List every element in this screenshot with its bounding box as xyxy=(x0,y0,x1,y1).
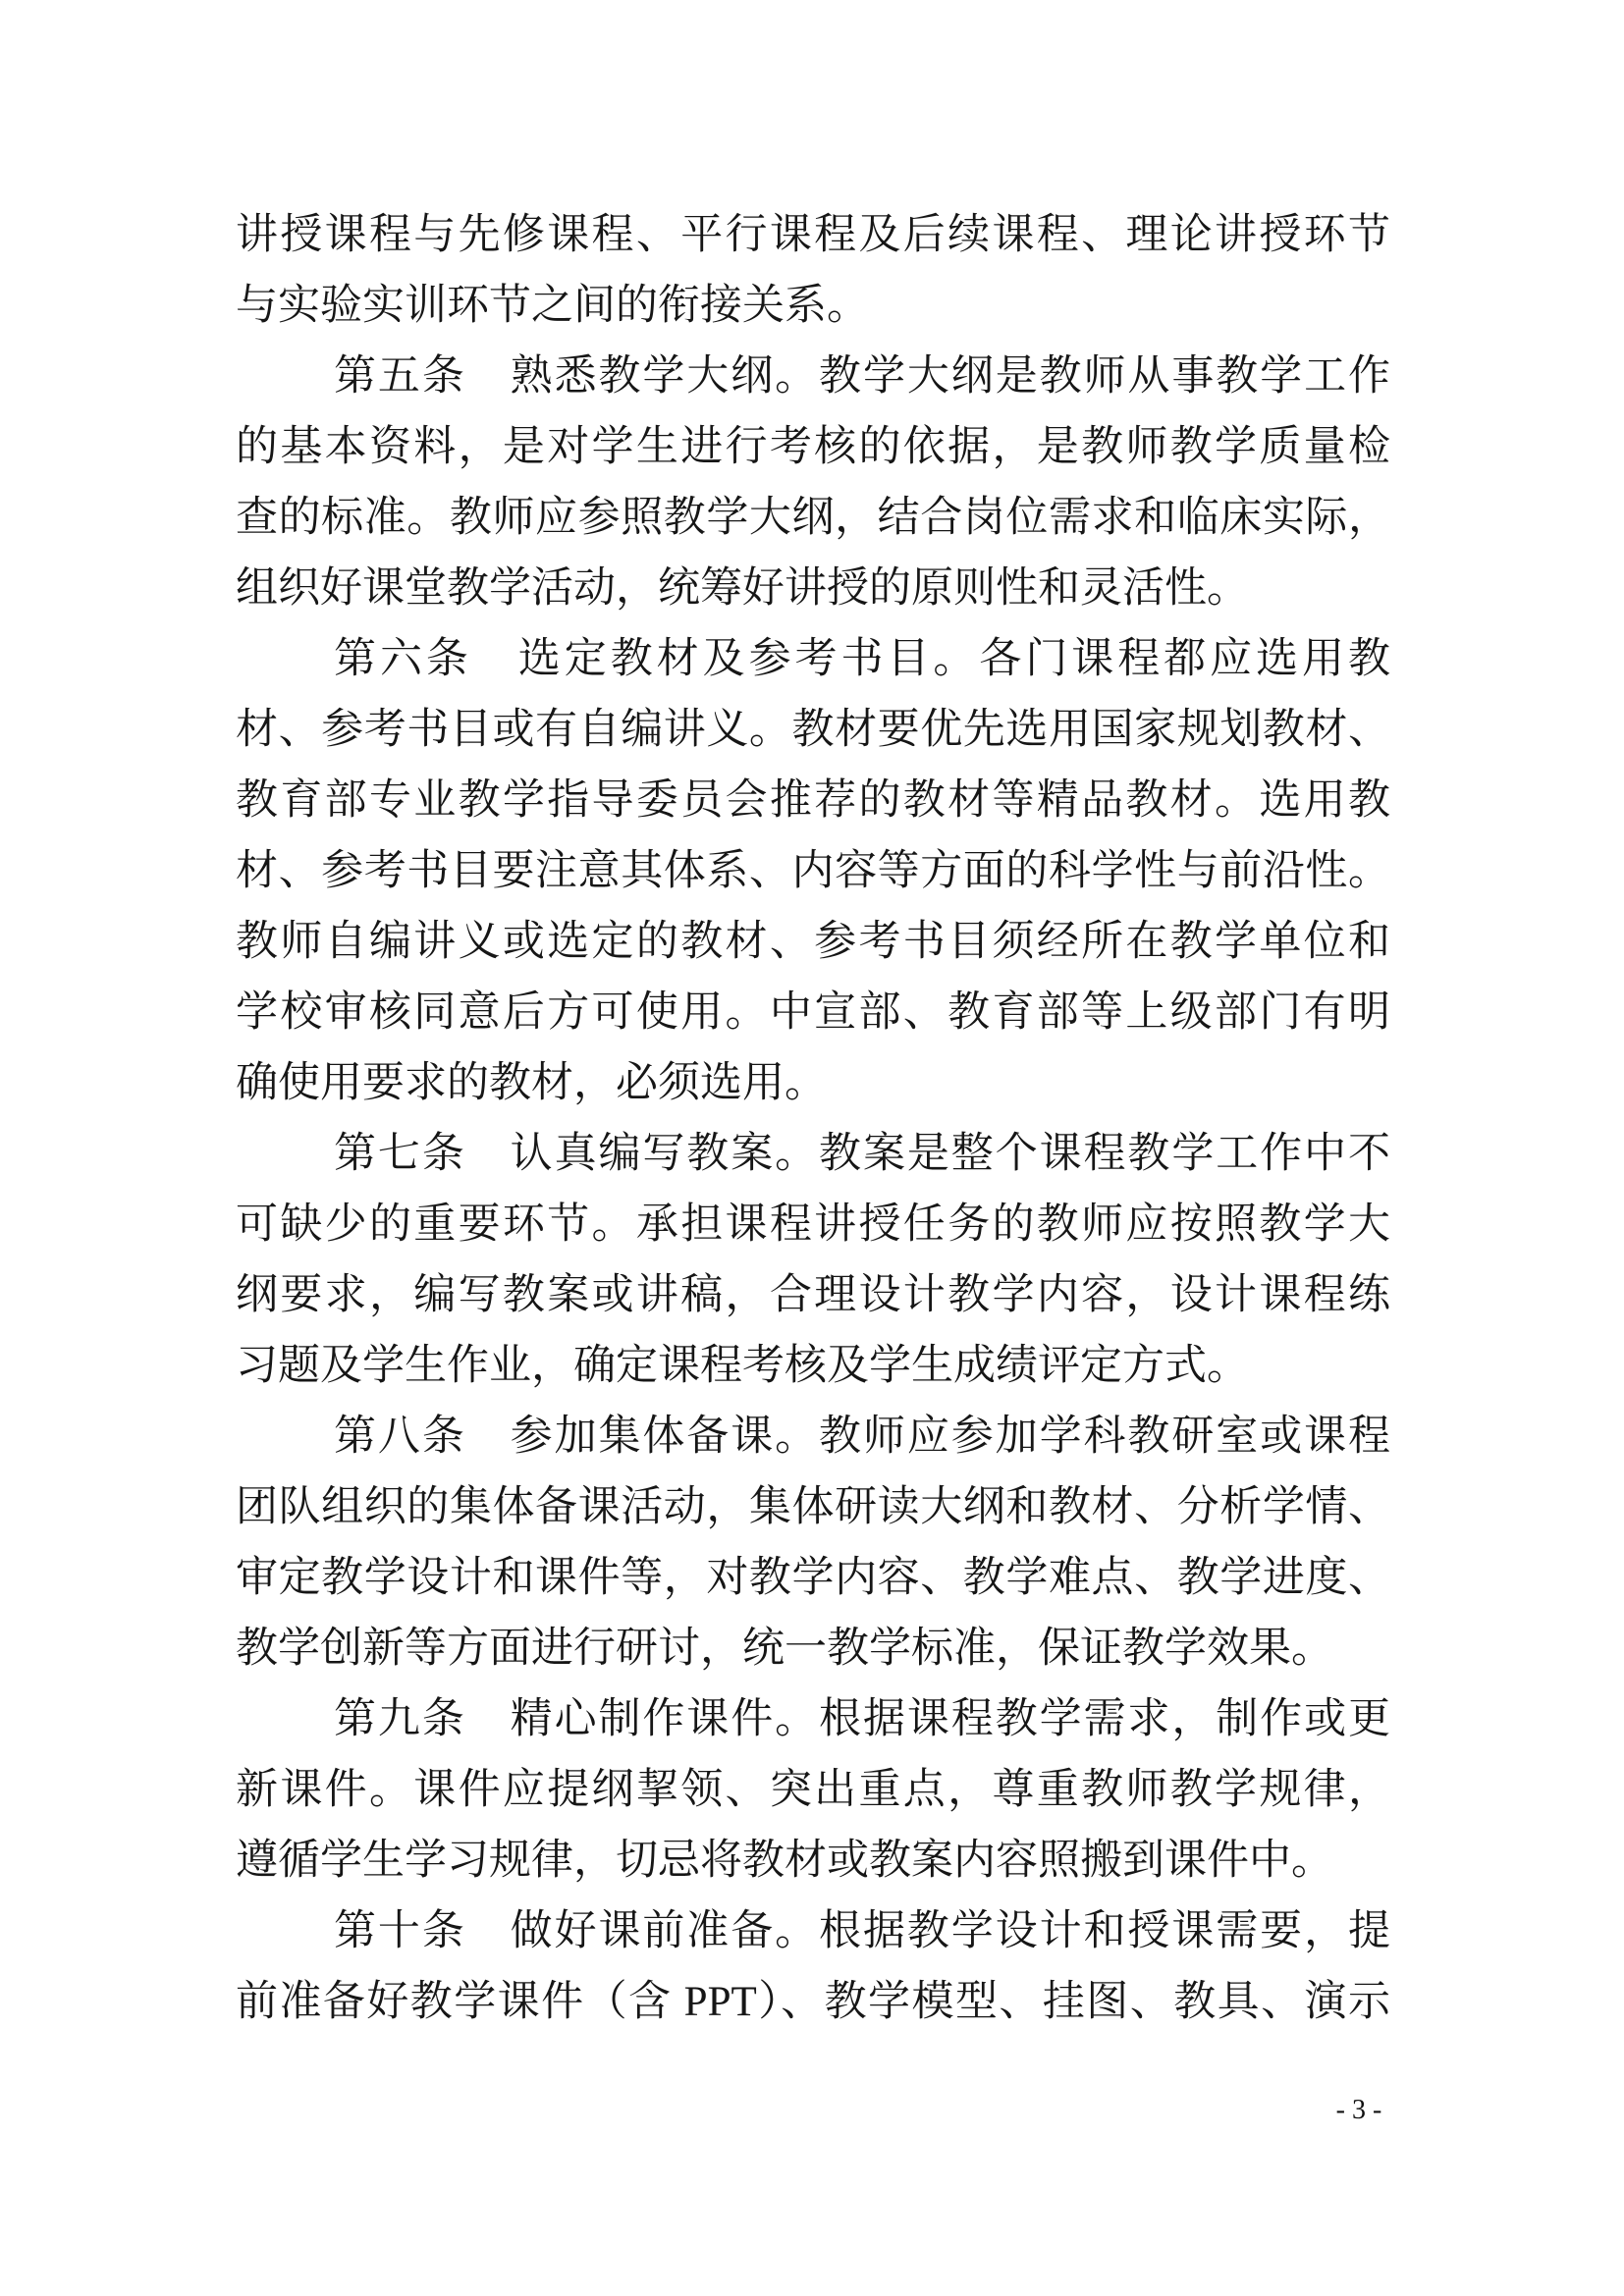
article-start-line: 第七条 认真编写教案。教案是整个课程教学工作中不 xyxy=(236,1119,1390,1190)
article-start-line: 第十条 做好课前准备。根据教学设计和授课需要，提 xyxy=(236,1896,1390,1967)
text-line: 纲要求，编写教案或讲稿，合理设计教学内容，设计课程练 xyxy=(236,1260,1390,1331)
text-line: 教育部专业教学指导委员会推荐的教材等精品教材。选用教 xyxy=(236,766,1390,836)
text-line: 新课件。课件应提纲挈领、突出重点，尊重教师教学规律， xyxy=(236,1755,1390,1826)
article-start-line: 第九条 精心制作课件。根据课程教学需求，制作或更 xyxy=(236,1684,1390,1755)
text-line: 教师自编讲义或选定的教材、参考书目须经所在教学单位和 xyxy=(236,907,1390,978)
text-line: 团队组织的集体备课活动，集体研读大纲和教材、分析学情、 xyxy=(236,1472,1390,1543)
text-line: 学校审核同意后方可使用。中宣部、教育部等上级部门有明 xyxy=(236,978,1390,1048)
text-line: 审定教学设计和课件等，对教学内容、教学难点、教学进度、 xyxy=(236,1543,1390,1614)
text-line: 与实验实训环节之间的衔接关系。 xyxy=(236,271,1390,342)
text-line: 组织好课堂教学活动，统筹好讲授的原则性和灵活性。 xyxy=(236,554,1390,624)
text-line: 材、参考书目要注意其体系、内容等方面的科学性与前沿性。 xyxy=(236,836,1390,907)
text-line: 教学创新等方面进行研讨，统一教学标准，保证教学效果。 xyxy=(236,1614,1390,1684)
text-line: 确使用要求的教材，必须选用。 xyxy=(236,1048,1390,1119)
document-page: 讲授课程与先修课程、平行课程及后续课程、理论讲授环节与实验实训环节之间的衔接关系… xyxy=(0,0,1624,2296)
text-line: 习题及学生作业，确定课程考核及学生成绩评定方式。 xyxy=(236,1331,1390,1402)
article-start-line: 第八条 参加集体备课。教师应参加学科教研室或课程 xyxy=(236,1402,1390,1472)
text-line: 讲授课程与先修课程、平行课程及后续课程、理论讲授环节 xyxy=(236,200,1390,271)
article-start-line: 第五条 熟悉教学大纲。教学大纲是教师从事教学工作 xyxy=(236,342,1390,412)
document-body: 讲授课程与先修课程、平行课程及后续课程、理论讲授环节与实验实训环节之间的衔接关系… xyxy=(236,200,1390,2038)
text-line: 可缺少的重要环节。承担课程讲授任务的教师应按照教学大 xyxy=(236,1190,1390,1260)
text-line: 查的标准。教师应参照教学大纲，结合岗位需求和临床实际， xyxy=(236,483,1390,554)
text-line: 的基本资料，是对学生进行考核的依据，是教师教学质量检 xyxy=(236,412,1390,483)
text-line: 遵循学生学习规律，切忌将教材或教案内容照搬到课件中。 xyxy=(236,1826,1390,1896)
article-start-line: 第六条 选定教材及参考书目。各门课程都应选用教 xyxy=(236,624,1390,695)
text-line: 材、参考书目或有自编讲义。教材要优先选用国家规划教材、 xyxy=(236,695,1390,766)
page-number: - 3 - xyxy=(1327,2091,1390,2130)
text-line: 前准备好教学课件（含 PPT）、教学模型、挂图、教具、演示 xyxy=(236,1967,1390,2038)
